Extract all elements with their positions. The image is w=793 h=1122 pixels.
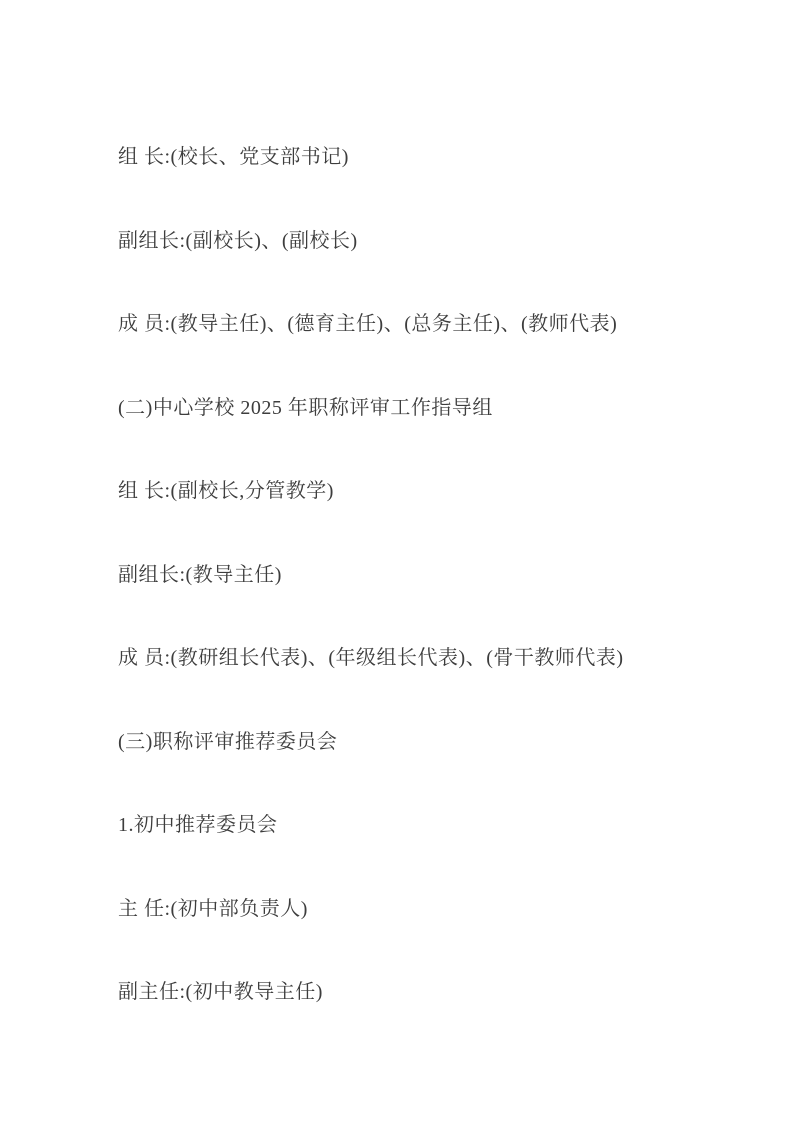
guidance-members-line: 成 员:(教研组长代表)、(年级组长代表)、(骨干教师代表) (118, 647, 733, 669)
deputy-group-leader-line: 副组长:(副校长)、(副校长) (118, 230, 733, 252)
section-2-heading: (二)中心学校 2025 年职称评审工作指导组 (118, 397, 733, 419)
group-leader-line: 组 长:(校长、党支部书记) (118, 146, 733, 168)
guidance-deputy-leader-line: 副组长:(教导主任) (118, 564, 733, 586)
members-line: 成 员:(教导主任)、(德育主任)、(总务主任)、(教师代表) (118, 313, 733, 335)
director-line: 主 任:(初中部负责人) (118, 898, 733, 920)
document-page: 组 长:(校长、党支部书记) 副组长:(副校长)、(副校长) 成 员:(教导主任… (0, 0, 793, 1122)
deputy-director-line: 副主任:(初中教导主任) (118, 981, 733, 1003)
section-3-heading: (三)职称评审推荐委员会 (118, 731, 733, 753)
guidance-group-leader-line: 组 长:(副校长,分管教学) (118, 480, 733, 502)
junior-high-committee-heading: 1.初中推荐委员会 (118, 814, 733, 836)
